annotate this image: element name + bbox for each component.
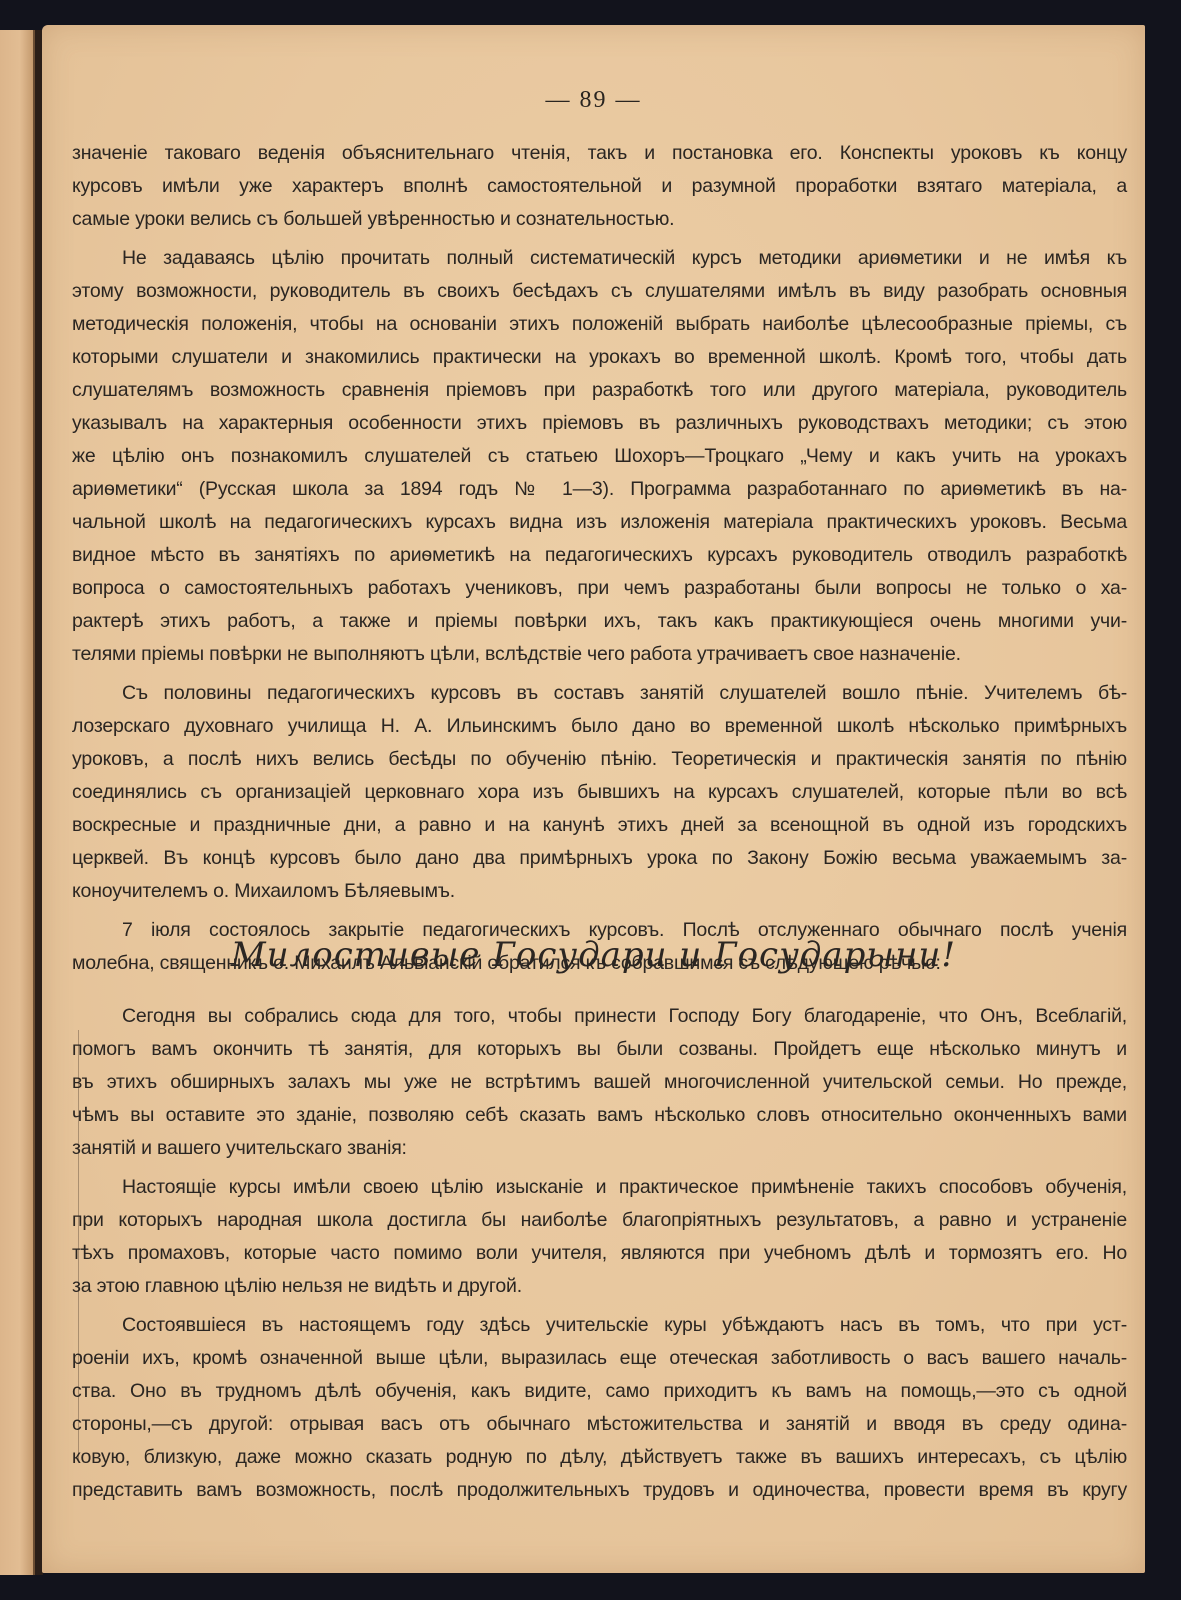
paragraph: Съ половины педагогическихъ курсовъ въ с…	[72, 677, 1127, 908]
text-line: видное мѣсто въ занятіяхъ по ариѳметикѣ …	[72, 539, 1127, 572]
text-line: этому возможности, руководитель въ своих…	[72, 275, 1127, 308]
book-page: — 89 — значеніе таковаго веденія объясни…	[42, 25, 1145, 1573]
paragraph: значеніе таковаго веденія объяснительнаг…	[72, 137, 1127, 236]
text-line: курсовъ имѣли уже характеръ вполнѣ самос…	[72, 170, 1127, 203]
text-line: соединялись съ организаціей церковнаго х…	[72, 776, 1127, 809]
text-line: помогъ вамъ окончить тѣ занятія, для кот…	[72, 1033, 1127, 1066]
text-line: методическія положенія, чтобы на основан…	[72, 308, 1127, 341]
paragraph: Не задаваясь цѣлію прочитать полный сист…	[72, 242, 1127, 671]
text-line: занятій и вашего учительскаго званія:	[72, 1132, 1127, 1165]
text-line: въ этихъ обширныхъ залахъ мы уже не встр…	[72, 1066, 1127, 1099]
text-line: рактерѣ этихъ работъ, а также и пріемы п…	[72, 605, 1127, 638]
previous-page-edge	[0, 30, 35, 1575]
text-line: значеніе таковаго веденія объяснительнаг…	[72, 137, 1127, 170]
text-line: чальной школѣ на педагогическихъ курсахъ…	[72, 506, 1127, 539]
paragraph: Сегодня вы собрались сюда для того, чтоб…	[72, 1000, 1127, 1165]
text-line: которыми слушатели и знакомились практич…	[72, 341, 1127, 374]
paragraph: Состоявшіеся въ настоящемъ году здѣсь уч…	[72, 1309, 1127, 1507]
text-line: лозерскаго духовнаго училища Н. А. Ильин…	[72, 710, 1127, 743]
text-line: вопроса о самостоятельныхъ работахъ учен…	[72, 572, 1127, 605]
text-line: самые уроки велись съ большей увѣренност…	[72, 203, 1127, 236]
text-line: Настоящіе курсы имѣли своею цѣлію изыска…	[72, 1171, 1127, 1204]
text-line: роеніи ихъ, кромѣ означенной выше цѣли, …	[72, 1342, 1127, 1375]
speech-text-block: Сегодня вы собрались сюда для того, чтоб…	[72, 1000, 1127, 1507]
text-line: представить вамъ возможность, послѣ прод…	[72, 1474, 1127, 1507]
text-line: за этою главною цѣлію нельзя не видѣть и…	[72, 1270, 1127, 1303]
text-line: Состоявшіеся въ настоящемъ году здѣсь уч…	[72, 1309, 1127, 1342]
text-line: коноучителемъ о. Михаиломъ Бѣляевымъ.	[72, 875, 1127, 908]
text-line: указывалъ на характерныя особенности эти…	[72, 407, 1127, 440]
text-line: слушателямъ возможность сравненія пріемо…	[72, 374, 1127, 407]
text-line: ариѳметики“ (Русская школа за 1894 годъ …	[72, 473, 1127, 506]
text-line: Съ половины педагогическихъ курсовъ въ с…	[72, 677, 1127, 710]
text-line: воскресные и праздничные дни, а равно и …	[72, 809, 1127, 842]
speech-salutation: Милостивые Государи и Государыни!	[42, 935, 1145, 975]
paragraph: Настоящіе курсы имѣли своею цѣлію изыска…	[72, 1171, 1127, 1303]
page-number: — 89 —	[42, 87, 1145, 114]
text-line: же цѣлію онъ познакомилъ слушателей съ с…	[72, 440, 1127, 473]
text-line: Не задаваясь цѣлію прочитать полный сист…	[72, 242, 1127, 275]
text-line: церквей. Въ концѣ курсовъ было дано два …	[72, 842, 1127, 875]
text-line: уроковъ, а послѣ нихъ велись бесѣды по о…	[72, 743, 1127, 776]
upper-text-block: значеніе таковаго веденія объяснительнаг…	[72, 137, 1127, 980]
text-line: ковую, близкую, даже можно сказать родну…	[72, 1441, 1127, 1474]
text-line: стороны,—съ другой: отрывая васъ отъ обы…	[72, 1408, 1127, 1441]
text-line: телями пріемы повѣрки не выполняютъ цѣли…	[72, 638, 1127, 671]
text-line: при которыхъ народная школа достигла бы …	[72, 1204, 1127, 1237]
text-line: тѣхъ промаховъ, которые часто помимо вол…	[72, 1237, 1127, 1270]
text-line: Сегодня вы собрались сюда для того, чтоб…	[72, 1000, 1127, 1033]
text-line: ства. Оно въ трудномъ дѣлѣ обученія, как…	[72, 1375, 1127, 1408]
text-line: чѣмъ вы оставите это зданіе, позволяю се…	[72, 1099, 1127, 1132]
